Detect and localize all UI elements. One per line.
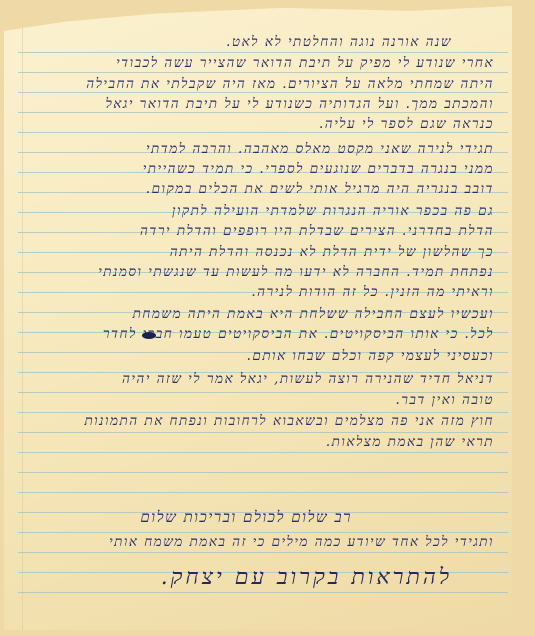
ruled-line bbox=[18, 112, 508, 113]
letter-line: ממני בנגרה בדברים שנוגעים לספרי. כי תמיד… bbox=[18, 161, 494, 177]
ruled-line bbox=[18, 472, 508, 473]
ruled-line bbox=[18, 592, 508, 593]
closing-line: רב שלום לכולם ובריכות שלום bbox=[18, 508, 352, 527]
letter-line: תראי שהן באמת מצלאות. bbox=[18, 434, 494, 450]
letter-line: דובב בנגריה היה מרגיל אותי לשים את הכלים… bbox=[18, 181, 494, 197]
letter-line: טובה ואין דבר. bbox=[18, 392, 494, 408]
ruled-line bbox=[18, 72, 508, 73]
signature: להתראות בקרוב עם יצחק. bbox=[18, 564, 452, 590]
ruled-line bbox=[18, 432, 508, 433]
postscript-line: ותגידי לכל אחד שיודע כמה מילים כי זה באמ… bbox=[18, 534, 494, 550]
letter-line: כנראה שגם לספר לי עליה. bbox=[18, 116, 494, 132]
letter-line: היתה שמחתי מלאה על הציורים. מאז היה שקבל… bbox=[18, 76, 494, 92]
letter-line: ועכשיו לעצם החבילה ששלחת היא באמת היתה מ… bbox=[18, 306, 494, 322]
ruled-line bbox=[18, 92, 508, 93]
ruled-line bbox=[18, 52, 508, 53]
letter-line: כך שהלשון של ידית הדלת לא נכנסה והדלת הי… bbox=[18, 244, 494, 260]
letter-line: נפתחת תמיד. החברה לא ידעו מה לעשות עד שנ… bbox=[18, 264, 494, 280]
ruled-line bbox=[18, 532, 508, 533]
ruled-line bbox=[18, 552, 508, 553]
letter-line: דניאל חדיד שהנירה רוצה לעשות, יגאל אמר ל… bbox=[18, 371, 494, 387]
letter-paper: שנה אורנה נוגה והחלטתי לא לאט. אחרי שנוד… bbox=[4, 6, 512, 630]
letter-line: לכל. כי אותו הביסקויטים. את הביסקויטים ט… bbox=[18, 326, 494, 342]
ruled-line bbox=[18, 452, 508, 453]
letter-line: הדלת בחדרני. הצירים שבדלת היו רופפים והד… bbox=[18, 223, 494, 239]
letter-line: תגידי לנירה שאני מקסט מאלס מאהבה. והרבה … bbox=[18, 141, 494, 157]
ruled-line bbox=[18, 132, 508, 133]
letter-line: חוץ מזה אני פה מצלמים ובשאבוא לרחובות ונ… bbox=[18, 413, 494, 429]
letter-line: וראיתי מה הזנין. כל זה הודות לנירה. bbox=[18, 284, 494, 300]
letter-line: שנה אורנה נוגה והחלטתי לא לאט. bbox=[18, 34, 452, 50]
ruled-line bbox=[18, 492, 508, 493]
letter-line: והמכתב ממך. ועל הגדותיה כשנודע לי על תיב… bbox=[18, 96, 494, 112]
letter-line: אחרי שנודע לי מפיק על תיבת הדואר שהצייר … bbox=[18, 55, 494, 71]
letter-line: גם פה בכפר אוריה הנגרות שלמדתי הועילה לת… bbox=[18, 203, 494, 219]
ink-blot bbox=[142, 332, 156, 339]
letter-line: וכעסיני לעצמי קפה וכלם שבחו אותם. bbox=[18, 348, 494, 364]
